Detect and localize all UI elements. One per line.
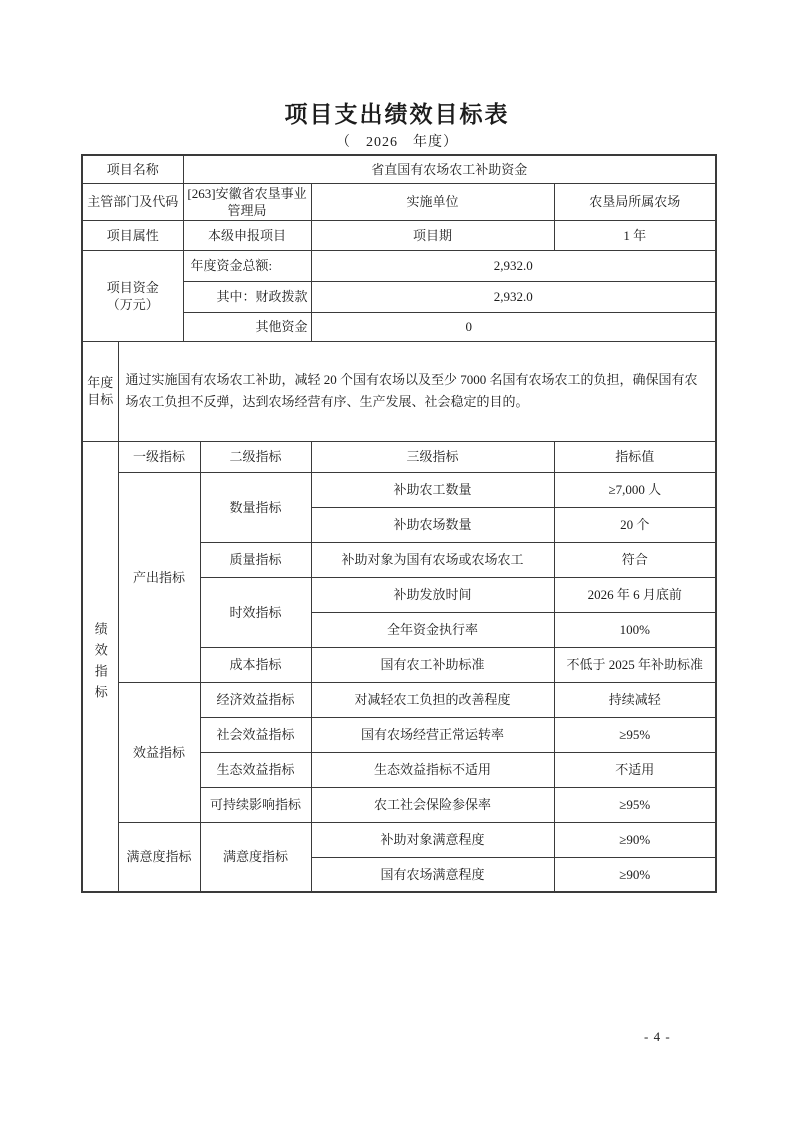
- level1-output: 产出指标: [118, 472, 200, 682]
- indicator-value: 2026 年 6 月底前: [554, 577, 716, 612]
- annual-goal-text: 通过实施国有农场农工补助，减轻 20 个国有农场以及至少 7000 名国有农场农…: [118, 341, 716, 441]
- document-page: 项目支出绩效目标表 （ 2026 年度） 项目名称 省直国有农场农工补助资金 主…: [0, 0, 794, 1123]
- performance-target-table: 项目名称 省直国有农场农工补助资金 主管部门及代码 [263]安徽省农垦事业管理…: [81, 154, 717, 893]
- funds-total-label: 年度资金总额:: [183, 250, 311, 281]
- funds-fiscal-value: 2,932.0: [311, 281, 716, 312]
- funds-other-value: 0: [311, 312, 716, 341]
- level2-quality: 质量指标: [200, 542, 311, 577]
- indicator-name: 国有农场满意程度: [311, 857, 554, 892]
- implement-unit-value: 农垦局所属农场: [554, 183, 716, 220]
- funds-label: 项目资金（万元）: [82, 250, 183, 341]
- indicators-section-label: 绩效指标: [82, 441, 118, 892]
- level1-benefit: 效益指标: [118, 682, 200, 822]
- attribute-value: 本级申报项目: [183, 220, 311, 250]
- level2-cost: 成本指标: [200, 647, 311, 682]
- level2-social: 社会效益指标: [200, 717, 311, 752]
- page-subtitle: （ 2026 年度）: [0, 134, 794, 152]
- indicator-name: 补助发放时间: [311, 577, 554, 612]
- header-level1: 一级指标: [118, 441, 200, 472]
- indicators-section-label-text: 绩效指标: [92, 622, 109, 706]
- indicator-name: 国有农场经营正常运转率: [311, 717, 554, 752]
- level2-timeliness: 时效指标: [200, 577, 311, 647]
- indicator-name: 生态效益指标不适用: [311, 752, 554, 787]
- indicator-value: 持续减轻: [554, 682, 716, 717]
- indicator-name: 国有农工补助标准: [311, 647, 554, 682]
- funds-total-value: 2,932.0: [311, 250, 716, 281]
- funds-label-line2: （万元）: [107, 297, 159, 312]
- header-level3: 三级指标: [311, 441, 554, 472]
- header-value: 指标值: [554, 441, 716, 472]
- indicator-name: 全年资金执行率: [311, 612, 554, 647]
- attribute-label: 项目属性: [82, 220, 183, 250]
- implement-unit-label: 实施单位: [311, 183, 554, 220]
- indicator-name: 农工社会保险参保率: [311, 787, 554, 822]
- funds-other-label: 其他资金: [183, 312, 311, 341]
- indicator-name: 补助农场数量: [311, 507, 554, 542]
- indicator-value: 符合: [554, 542, 716, 577]
- indicator-value: ≥90%: [554, 822, 716, 857]
- level2-satisfaction: 满意度指标: [200, 822, 311, 892]
- funds-label-line1: 项目资金: [107, 280, 159, 295]
- funds-fiscal-label: 其中：财政拨款: [183, 281, 311, 312]
- indicator-name: 对减轻农工负担的改善程度: [311, 682, 554, 717]
- level2-ecological: 生态效益指标: [200, 752, 311, 787]
- period-label: 项目期: [311, 220, 554, 250]
- indicator-value: 不低于 2025 年补助标准: [554, 647, 716, 682]
- indicator-value: ≥95%: [554, 717, 716, 752]
- indicator-value: ≥90%: [554, 857, 716, 892]
- indicator-name: 补助农工数量: [311, 472, 554, 507]
- level2-economic: 经济效益指标: [200, 682, 311, 717]
- level2-quantity: 数量指标: [200, 472, 311, 542]
- header-level2: 二级指标: [200, 441, 311, 472]
- indicator-value: ≥95%: [554, 787, 716, 822]
- annual-goal-label: 年度目标: [82, 341, 118, 441]
- project-name-value: 省直国有农场农工补助资金: [183, 155, 716, 183]
- indicator-value: 不适用: [554, 752, 716, 787]
- level1-satisfaction: 满意度指标: [118, 822, 200, 892]
- indicator-name: 补助对象满意程度: [311, 822, 554, 857]
- indicator-value: 100%: [554, 612, 716, 647]
- page-number: - 4 -: [644, 1029, 671, 1045]
- level2-sustainable: 可持续影响指标: [200, 787, 311, 822]
- indicator-value: 20 个: [554, 507, 716, 542]
- period-value: 1 年: [554, 220, 716, 250]
- department-value: [263]安徽省农垦事业管理局: [183, 183, 311, 220]
- department-label: 主管部门及代码: [82, 183, 183, 220]
- indicator-value: ≥7,000 人: [554, 472, 716, 507]
- indicator-name: 补助对象为国有农场或农场农工: [311, 542, 554, 577]
- page-title: 项目支出绩效目标表: [0, 101, 794, 129]
- project-name-label: 项目名称: [82, 155, 183, 183]
